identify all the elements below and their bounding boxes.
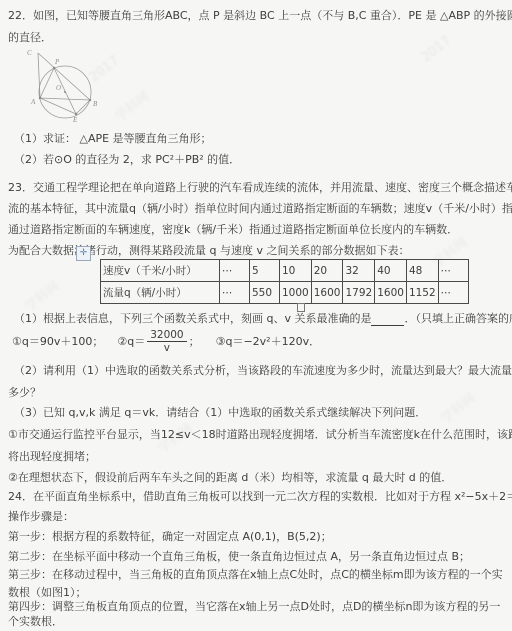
table-row: 流量q（辆/小时） ⋯ 550 1000 1600 1792 1600 1152… <box>101 282 469 304</box>
table-cell: 1600 <box>311 282 343 304</box>
q23-intro-line3: 通过道路指定断面的车辆速度，密度k（辆/千米）指通过道路指定断面单位长度内的车辆… <box>8 222 458 238</box>
formula-option-2-prefix: ②q＝ <box>117 333 145 349</box>
q22-part2: （2）若⊙O 的直径为 2，求 PC²＋PB² 的值． <box>14 152 240 168</box>
q23-part1-tail: ．（只填上正确答案的序号） <box>404 312 512 325</box>
table-cell: 48 <box>406 260 438 282</box>
q22-part1: （1）求证： △APE 是等腰直角三角形； <box>14 131 212 147</box>
table-row: 速度v（千米/小时） ⋯ 5 10 20 32 40 48 ⋯ <box>101 260 469 282</box>
exam-paper-page: 2017 学科网 2017 学科网 学科网 学科网 学科网 22．如图，已知等腰… <box>0 0 512 631</box>
table-cell: 40 <box>375 260 407 282</box>
table-cell: 550 <box>250 282 280 304</box>
watermark: 学科网 <box>20 276 62 315</box>
missing-glyph-box <box>297 303 305 312</box>
q23-part1: （1）根据上表信息，下列三个函数关系式中，刻画 q、v 关系最准确的是 ．（只填… <box>14 311 512 327</box>
table-cell: ⋯ <box>220 282 250 304</box>
circumcircle-figure: C P O A B E <box>10 46 114 134</box>
table-cell: 32 <box>343 260 375 282</box>
table-cell: 1000 <box>280 282 312 304</box>
q23-intro-line1: 23．交通工程学理论把在单向道路上行驶的汽车看成连续的流体，并用流量、速度、密度… <box>8 180 512 196</box>
table-cell: ⋯ <box>438 282 468 304</box>
figure-label-P: P <box>54 58 60 66</box>
q23-part1-text: （1）根据上表信息，下列三个函数关系式中，刻画 q、v 关系最准确的是 <box>14 312 371 325</box>
table-cell: 20 <box>311 260 343 282</box>
fraction-numerator: 32000 <box>147 329 186 342</box>
q23-intro-line4: 为配合大数据治堵行动，测得某路段流量 q 与速度 v 之间关系的部分数据如下表： <box>8 243 409 259</box>
q23-part3-sub2: ②在理想状态下，假设前后两车车头之间的距离 d（米）均相等，求流量 q 最大时 … <box>8 470 452 486</box>
figure-label-O: O <box>56 84 61 92</box>
watermark: 2017 <box>419 33 454 65</box>
figure-label-C: C <box>27 49 32 57</box>
figure-label-A: A <box>30 98 36 106</box>
q24-step4-line1: 第四步：调整三角板直角顶点的位置，当它落在x轴上另一点D处时，点D的横坐标n即为… <box>8 599 500 615</box>
table-cell: ⋯ <box>438 260 468 282</box>
q22-line1: 22．如图，已知等腰直角三角形ABC，点 P 是斜边 BC 上一点（不与 B,C… <box>8 8 512 24</box>
formula-option-1: ①q＝90v＋100； <box>12 333 103 349</box>
q23-part3-sub1-line2: 将出现轻度拥堵； <box>8 449 96 465</box>
speed-flow-table: 速度v（千米/小时） ⋯ 5 10 20 32 40 48 ⋯ 流量q（辆/小时… <box>100 259 469 304</box>
q23-part3-sub1-line1: ①市交通运行监控平台显示，当12≤v＜18时道路出现轻度拥堵．试分析当车流密度k… <box>8 427 512 443</box>
watermark: 学科网 <box>110 86 152 125</box>
q24-step2: 第二步：在坐标平面中移动一个直角三角板，使一条直角边恒过点 A，另一条直角边恒过… <box>8 549 470 565</box>
q24-intro-line1: 24．在平面直角坐标系中，借助直角三角板可以找到一元二次方程的实数根．比如对于方… <box>8 489 512 505</box>
q23-part3: （3）已知 q,v,k 满足 q＝vk．请结合（1）中选取的函数关系式继续解决下… <box>14 405 426 421</box>
q24-intro-line2: 操作步骤是： <box>8 509 74 525</box>
table-row-label: 速度v（千米/小时） <box>101 260 220 282</box>
formula-option-2-suffix: ； <box>189 333 200 349</box>
answer-blank <box>371 312 404 326</box>
table-cell: 1600 <box>375 282 407 304</box>
q24-step1: 第一步：根据方程的系数特征，确定一对固定点 A(0,1)，B(5,2)； <box>8 529 332 545</box>
table-cell: 1152 <box>406 282 438 304</box>
figure-label-B: B <box>93 100 98 108</box>
table-row-label: 流量q（辆/小时） <box>101 282 220 304</box>
table-move-handle-icon[interactable]: ✛ <box>76 246 91 261</box>
q23-formula-options: ①q＝90v＋100； ②q＝ 32000 v ； ③q＝−2v²＋120v． <box>12 327 320 355</box>
q23-intro-line2: 流的基本特征，其中流量q（辆/小时）指单位时间内通过道路指定断面的车辆数；速度v… <box>8 201 512 217</box>
fraction-denominator: v <box>164 342 170 354</box>
q23-part2-line1: （2）请利用（1）中选取的函数关系式分析，当该路段的车流速度为多少时，流量达到最… <box>14 363 512 379</box>
table-cell: ⋯ <box>220 260 250 282</box>
table-cell: 1792 <box>343 282 375 304</box>
table-cell: 5 <box>250 260 280 282</box>
q23-part2-line2: 多少？ <box>8 385 41 401</box>
table-cell: 10 <box>280 260 312 282</box>
watermark: 学科网 <box>436 388 478 427</box>
q24-step4-line2: 个实数根． <box>8 614 63 630</box>
q24-step3-line1: 第三步：在移动过程中，当三角板的直角顶点落在x轴上点C处时，点C的横坐标m即为该… <box>8 567 503 583</box>
formula-option-3: ③q＝−2v²＋120v． <box>216 333 320 349</box>
q22-line2: 的直径． <box>8 30 52 46</box>
figure-label-E: E <box>72 116 78 124</box>
fraction: 32000 v <box>147 329 186 354</box>
